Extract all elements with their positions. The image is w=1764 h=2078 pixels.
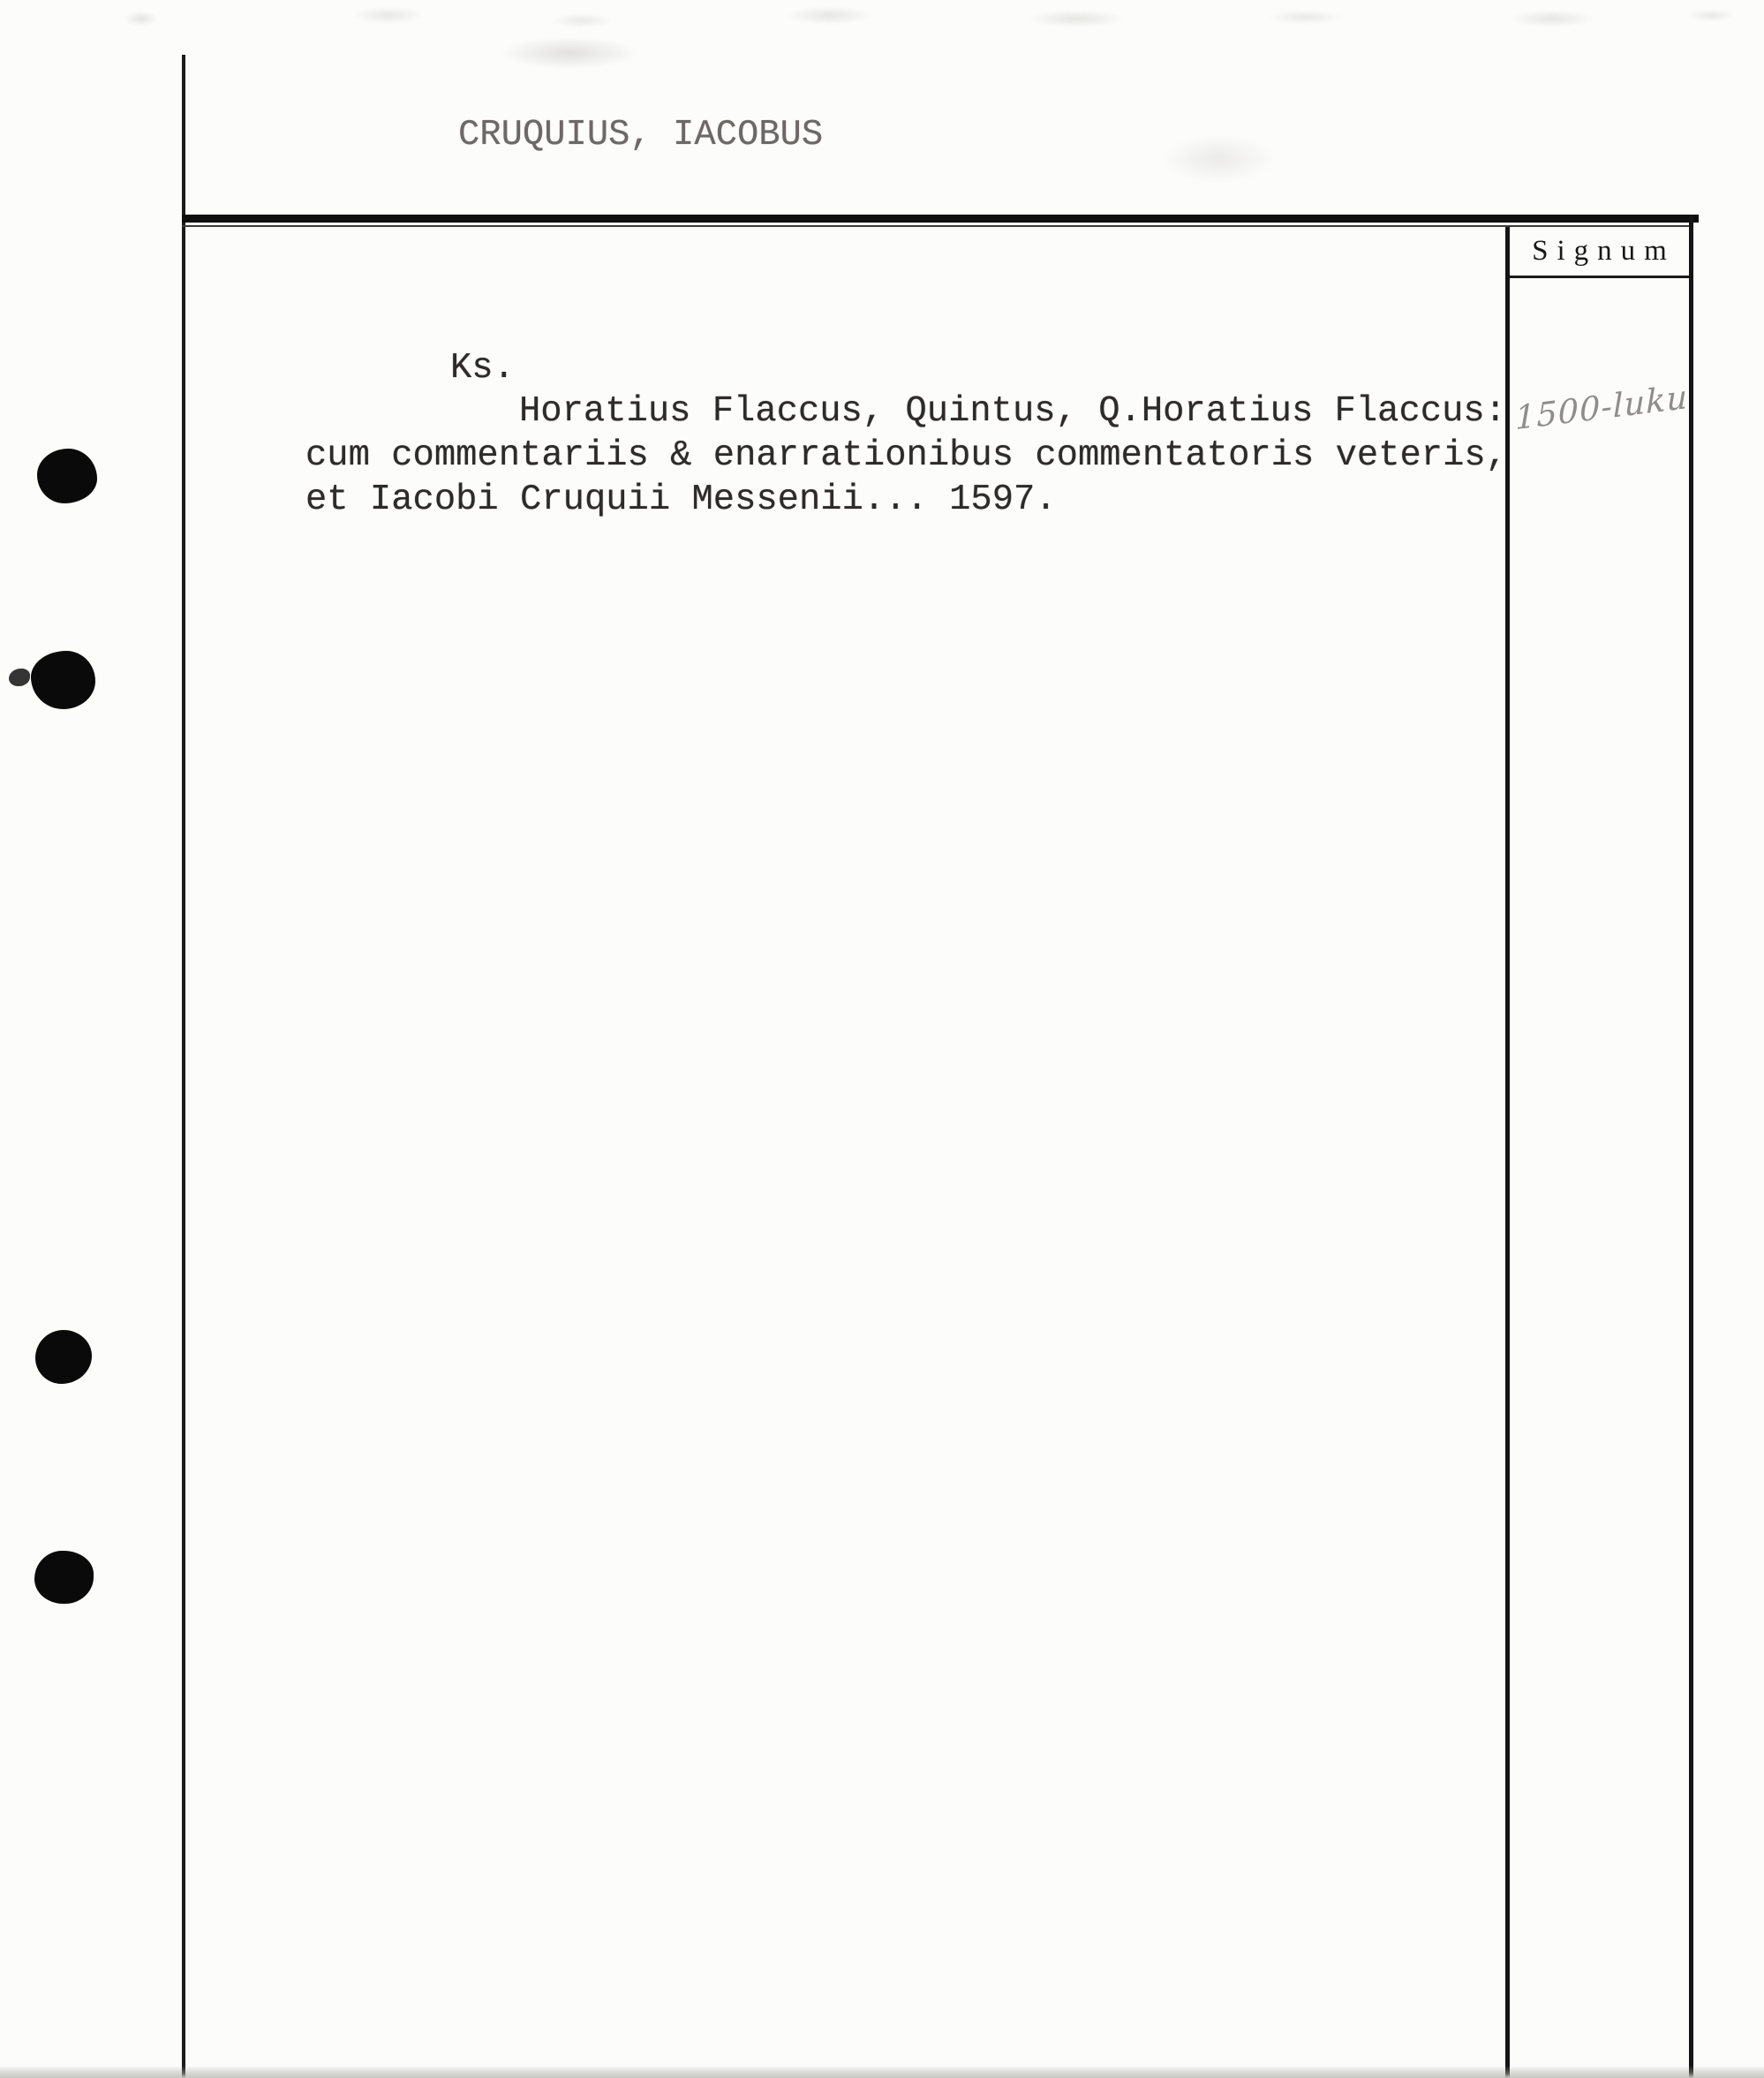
entry-line-3: et Iacobi Cruquii Messenii... 1597. <box>305 478 1057 522</box>
hole-punch-2-speck <box>9 669 30 686</box>
entry-line-2: cum commentariis & enarrationibus commen… <box>305 434 1507 478</box>
scanned-catalog-card: CRUQUIUS, IACOBUS Signum Ks. Horatius Fl… <box>0 0 1764 2078</box>
scan-noise-smudge <box>494 35 645 71</box>
entry-line-1: Horatius Flaccus, Quintus, Q.Horatius Fl… <box>519 389 1506 434</box>
hole-punch-1 <box>37 449 97 503</box>
hole-punch-4 <box>34 1551 94 1604</box>
signum-handwritten-value: 1500-luku <box>1515 378 1689 437</box>
hole-punch-2 <box>31 651 95 709</box>
signum-column-divider <box>1505 227 1510 2078</box>
author-heading: CRUQUIUS, IACOBUS <box>458 113 823 157</box>
card-top-border-thin <box>182 225 1692 227</box>
signum-header-cell: Signum <box>1510 227 1689 278</box>
left-margin-rule <box>182 55 185 2078</box>
scan-noise-top-band <box>0 5 1764 39</box>
signum-column-header: Signum <box>1532 235 1676 268</box>
hole-punch-3 <box>35 1330 92 1384</box>
card-right-border <box>1689 215 1693 2078</box>
scan-noise-smudge <box>1157 132 1280 185</box>
card-top-border-thick <box>182 215 1699 223</box>
scan-bottom-edge <box>0 2066 1764 2078</box>
classmark: Ks. <box>450 346 515 390</box>
